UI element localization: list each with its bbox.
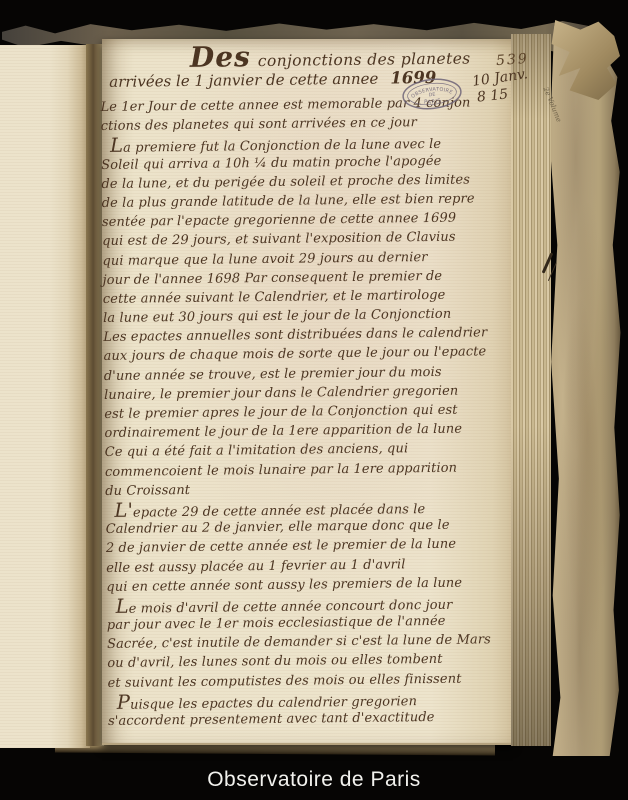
margin-note-number: 8 15 [476,86,509,105]
facing-page-blank [0,45,90,748]
manuscript-photo: Desconjonctions des planetes arrivées le… [0,0,628,800]
observatoire-stamp: OBSERVATOIRE DE PARIS [399,75,464,113]
caption: Observatoire de Paris [0,768,628,792]
title-rest: conjonctions des planetes [258,49,471,70]
manuscript-line: s'accordent presentement avec tant d'exa… [108,707,510,731]
manuscript-lines: Le 1er Jour de cette annee est memorable… [100,93,510,731]
manuscript-subtitle: arrivées le 1 janvier de cette annee1699 [109,68,436,91]
manuscript-text-layer: Desconjonctions des planetes arrivées le… [98,36,518,745]
manuscript-line: Le mois d'avril de cette année concourt … [107,592,509,616]
svg-text:PARIS: PARIS [423,98,443,107]
parchment-cover-edge [545,26,622,756]
page-stack-fore-edge [511,34,551,746]
subtitle-text: arrivées le 1 janvier de cette annee [109,70,378,91]
stamp-text-bottom: PARIS [423,98,443,107]
manuscript-page: Desconjonctions des planetes arrivées le… [102,39,513,745]
title-lead-word: Des [190,40,251,74]
